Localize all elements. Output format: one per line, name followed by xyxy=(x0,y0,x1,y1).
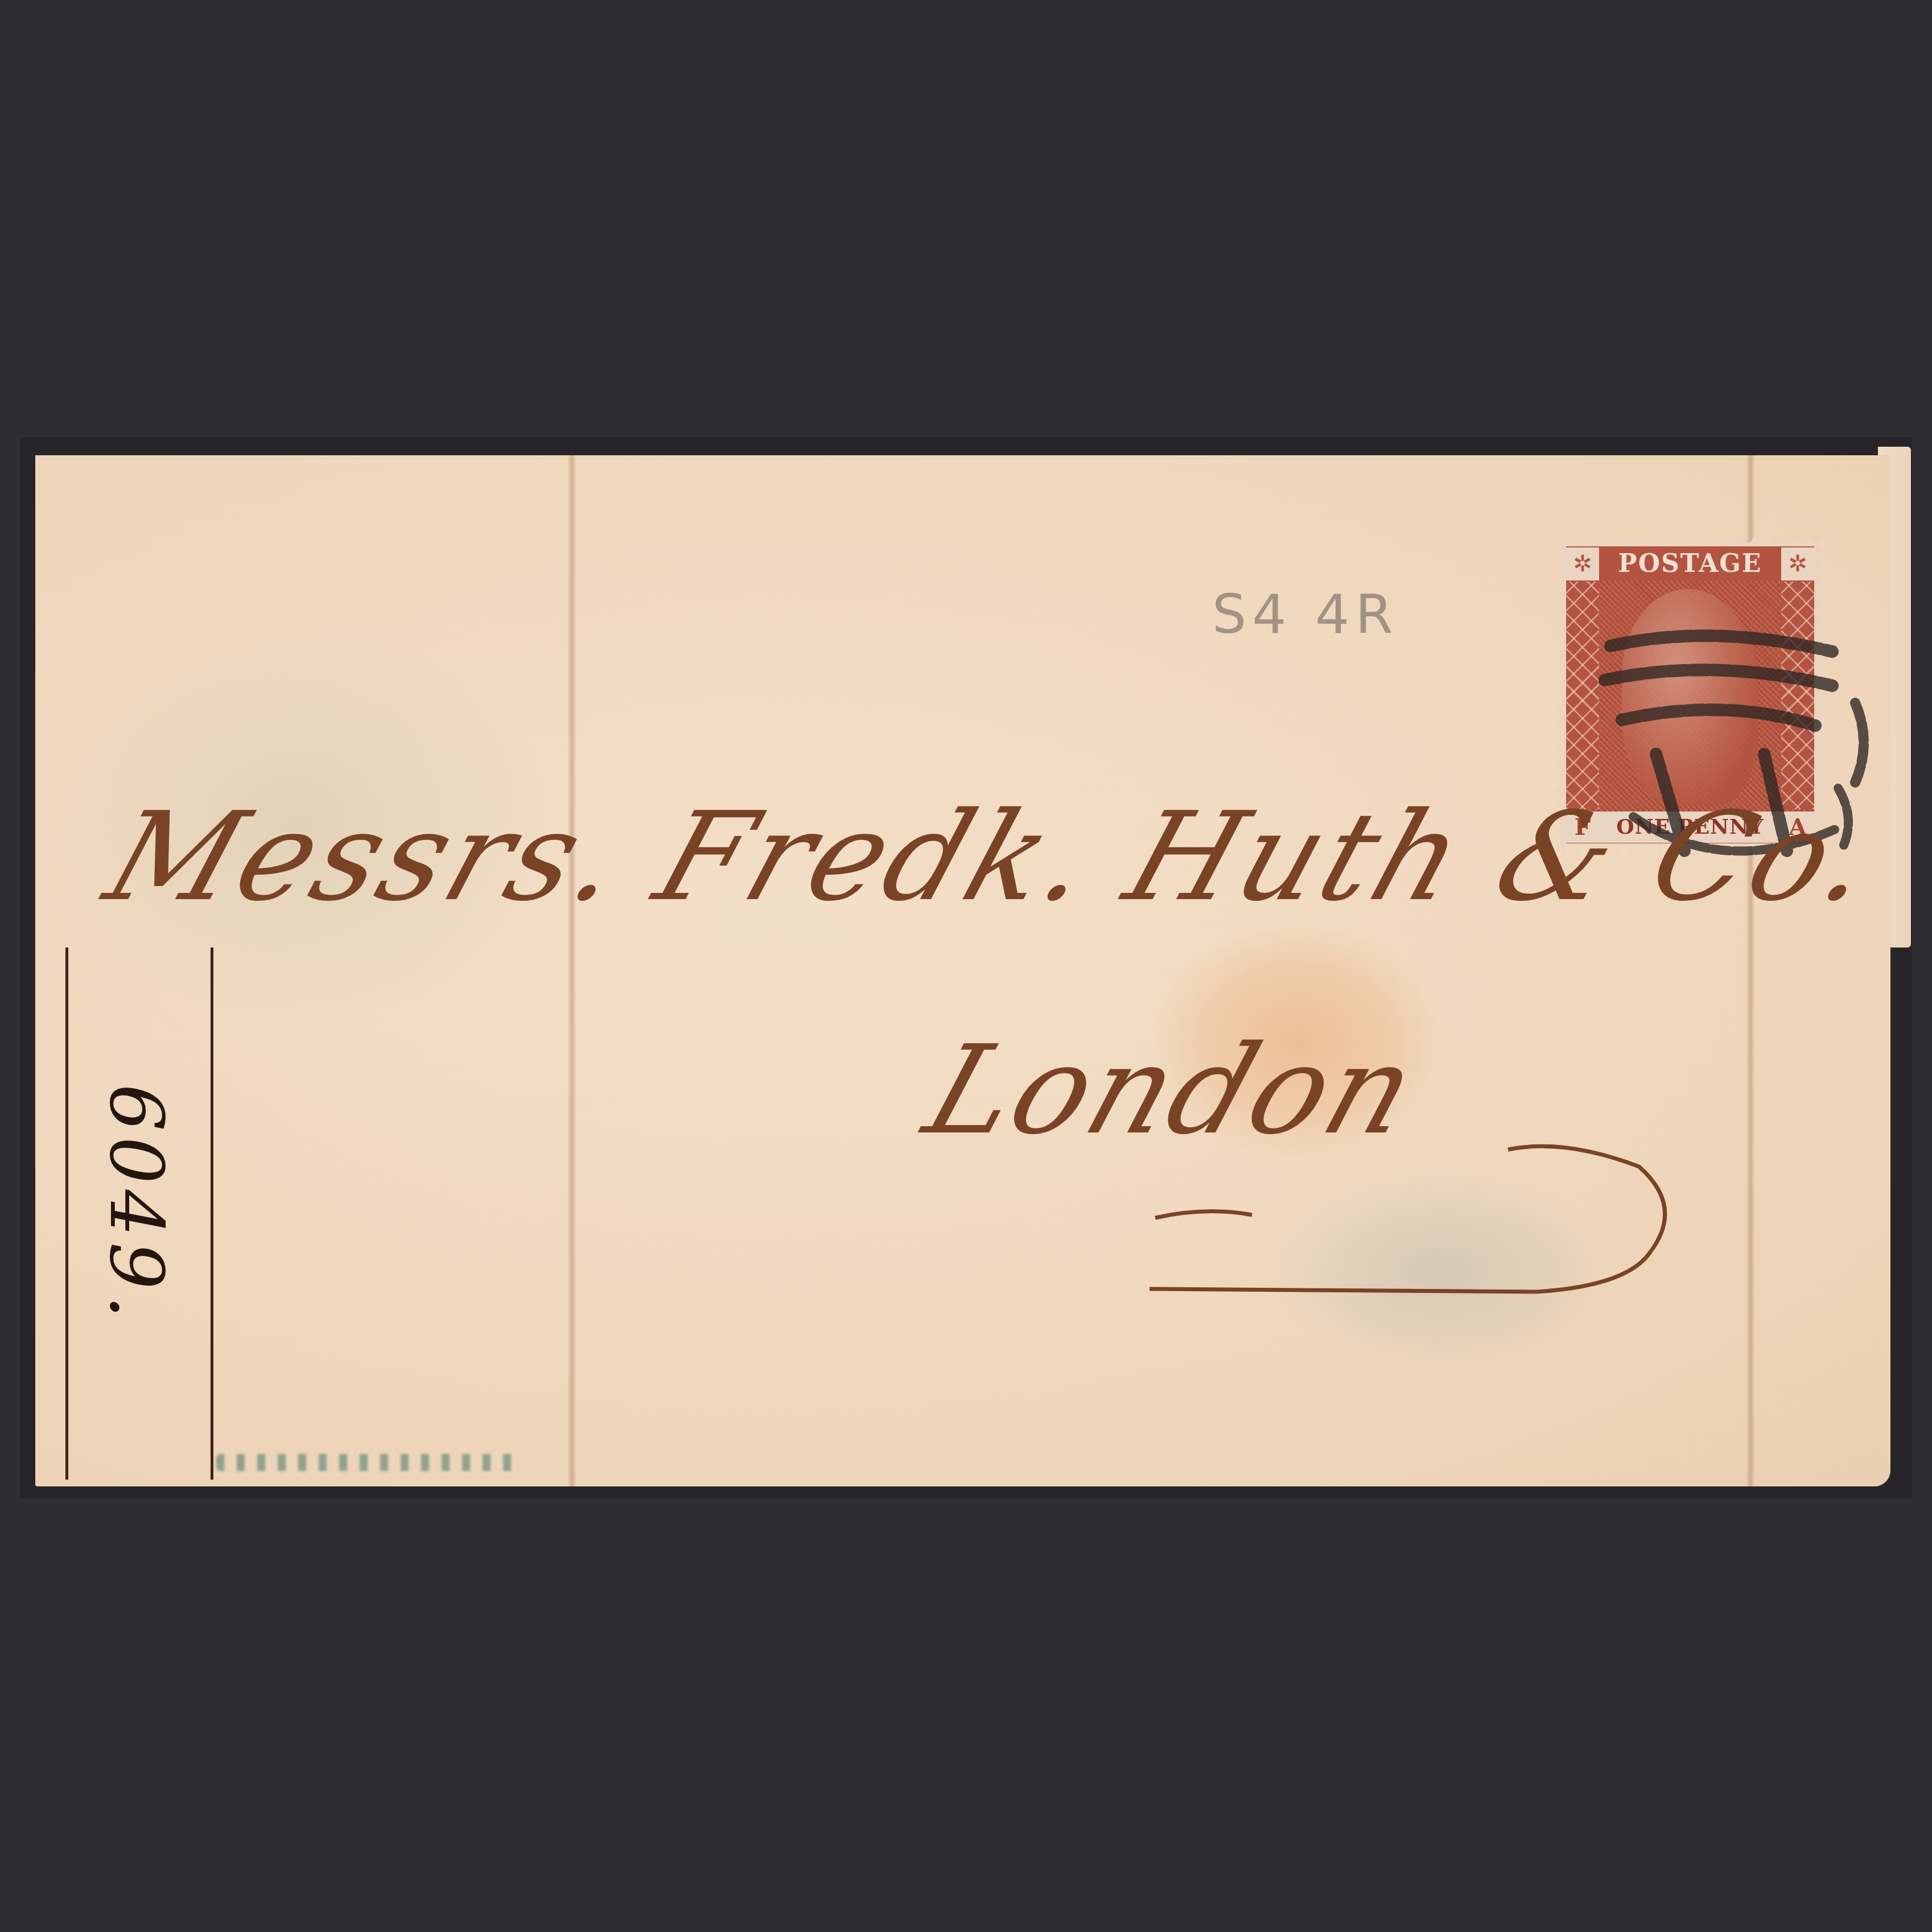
star-icon: ✲ xyxy=(1566,547,1599,580)
margin-docket: 6049. xyxy=(0,1161,336,1246)
stamp-side-band-left xyxy=(1566,582,1599,809)
green-faint-marks xyxy=(216,1454,524,1471)
address-line-city: London xyxy=(910,1019,1435,1161)
fold-line-left xyxy=(567,455,576,1486)
queen-portrait xyxy=(1622,589,1758,805)
stamp-side-band-right xyxy=(1781,582,1814,809)
star-icon: ✲ xyxy=(1781,547,1814,580)
stamp-top-panel: ✲ POSTAGE ✲ xyxy=(1566,546,1814,582)
stamp-postage-label: POSTAGE xyxy=(1599,547,1781,580)
margin-note-text: 6049. xyxy=(93,1005,180,1403)
pencil-note: S4 4R xyxy=(1212,583,1398,646)
address-line-addressee: Messrs. Fredk. Huth & Co. xyxy=(90,785,1895,928)
blue-offset-stain xyxy=(1263,1167,1616,1371)
